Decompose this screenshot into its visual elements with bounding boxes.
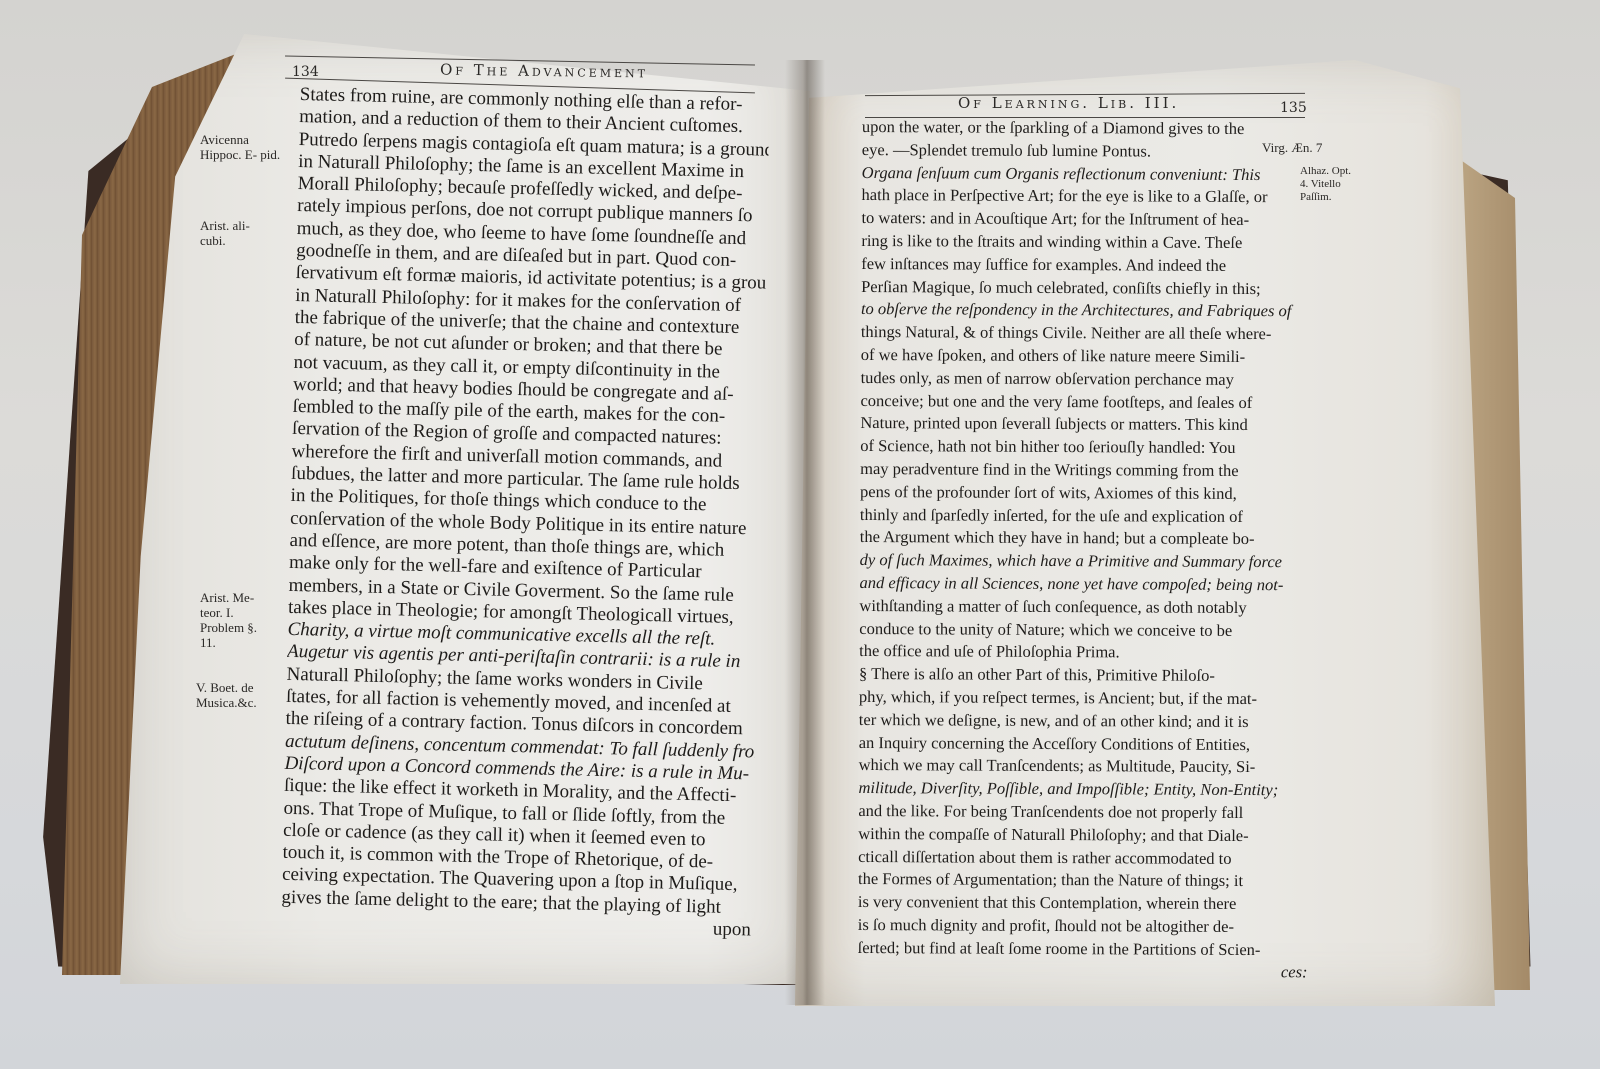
text-line: within the compaſſe of Naturall Philoſop…	[858, 823, 1308, 848]
text-line: ring is like to the ſtraits and winding …	[861, 230, 1311, 255]
text-line: eye. —Splendet tremulo ſub lumine Pontus…	[862, 139, 1312, 164]
margin-note-avicenna: Avicenna Hippoc. E- pid.	[200, 132, 284, 162]
text-line: tudes only, as men of narrow obſervation…	[861, 367, 1311, 392]
text-line: the office and uſe of Philoſophia Prima.	[859, 640, 1309, 665]
text-line: hath place in Perſpective Art; for the e…	[862, 184, 1312, 209]
text-line: and efficacy in all Sciences, none yet h…	[859, 572, 1309, 597]
text-line: ſerted; but find at leaſt ſome roome in …	[858, 937, 1308, 962]
right-page-body: upon the water, or the ſparkling of a Di…	[857, 116, 1312, 985]
text-line: few inſtances may ſuffice for examples. …	[861, 253, 1311, 278]
text-line: to obſerve the reſpondency in the Archit…	[861, 298, 1311, 323]
text-line: militude, Diverſity, Poſſible, and Impoſ…	[858, 777, 1308, 802]
text-line: upon the water, or the ſparkling of a Di…	[862, 116, 1312, 141]
text-line: Organa ſenſuum cum Organis reflectionum …	[862, 162, 1312, 187]
text-line: things Natural, & of things Civile. Neit…	[861, 321, 1311, 346]
text-line: the Argument which they have in hand; bu…	[860, 526, 1310, 551]
text-line: an Inquiry concerning the Acceſſory Cond…	[859, 732, 1309, 757]
text-line: § There is alſo an other Part of this, P…	[859, 663, 1309, 688]
book-gutter	[785, 60, 825, 1005]
text-line: ter which we deſigne, is new, and of an …	[859, 709, 1309, 734]
right-page-number: 135	[1280, 100, 1307, 116]
text-line: cticall diſſertation about them is rathe…	[858, 845, 1308, 870]
margin-note-boet-musica: V. Boet. de Musica.&c.	[196, 680, 266, 710]
text-line: to waters: and in Acouſtique Art; for th…	[861, 207, 1311, 232]
text-line: and the like. For being Tranſcendents do…	[858, 800, 1308, 825]
text-line: phy, which, if you reſpect termes, is An…	[859, 686, 1309, 711]
photo-scene: 134 Of The Advancement Of Learning. Lib.…	[0, 0, 1600, 1069]
margin-note-arist-alicubi: Arist. ali- cubi.	[200, 218, 270, 248]
text-line: conduce to the unity of Nature; which we…	[859, 618, 1309, 643]
margin-note-arist-meteor: Arist. Me- teor. I. Problem §. 11.	[200, 590, 270, 650]
text-line: is ſo much dignity and profit, ſhould no…	[858, 914, 1308, 939]
text-line: may peradventure find in the Writings co…	[860, 458, 1310, 483]
left-page-body: States from ruine, are commonly nothing …	[281, 84, 770, 942]
text-line: which we may call Tranſcendents; as Mult…	[859, 754, 1309, 779]
right-running-head: Of Learning. Lib. III.	[958, 94, 1179, 112]
text-line: pens of the profounder ſort of wits, Axi…	[860, 481, 1310, 506]
text-line: Nature, printed upon ſeverall ſubjects o…	[860, 412, 1310, 437]
text-line: thinly and ſparſedly inſerted, for the u…	[860, 504, 1310, 529]
text-line: of Science, hath not bin hither too ſeri…	[860, 435, 1310, 460]
catchword: ces:	[857, 959, 1307, 984]
text-line: Perſian Magique, ſo much celebrated, con…	[861, 276, 1311, 301]
left-running-head: Of The Advancement	[440, 61, 648, 82]
text-line: conceive; but one and the very ſame foot…	[860, 390, 1310, 415]
text-line: withſtanding a matter of ſuch conſequenc…	[859, 595, 1309, 620]
text-line: of we have ſpoken, and others of like na…	[861, 344, 1311, 369]
text-line: dy of ſuch Maximes, which have a Primiti…	[860, 549, 1310, 574]
text-line: the Formes of Argumentation; than the Na…	[858, 868, 1308, 893]
text-line: is very convenient that this Contemplati…	[858, 891, 1308, 916]
